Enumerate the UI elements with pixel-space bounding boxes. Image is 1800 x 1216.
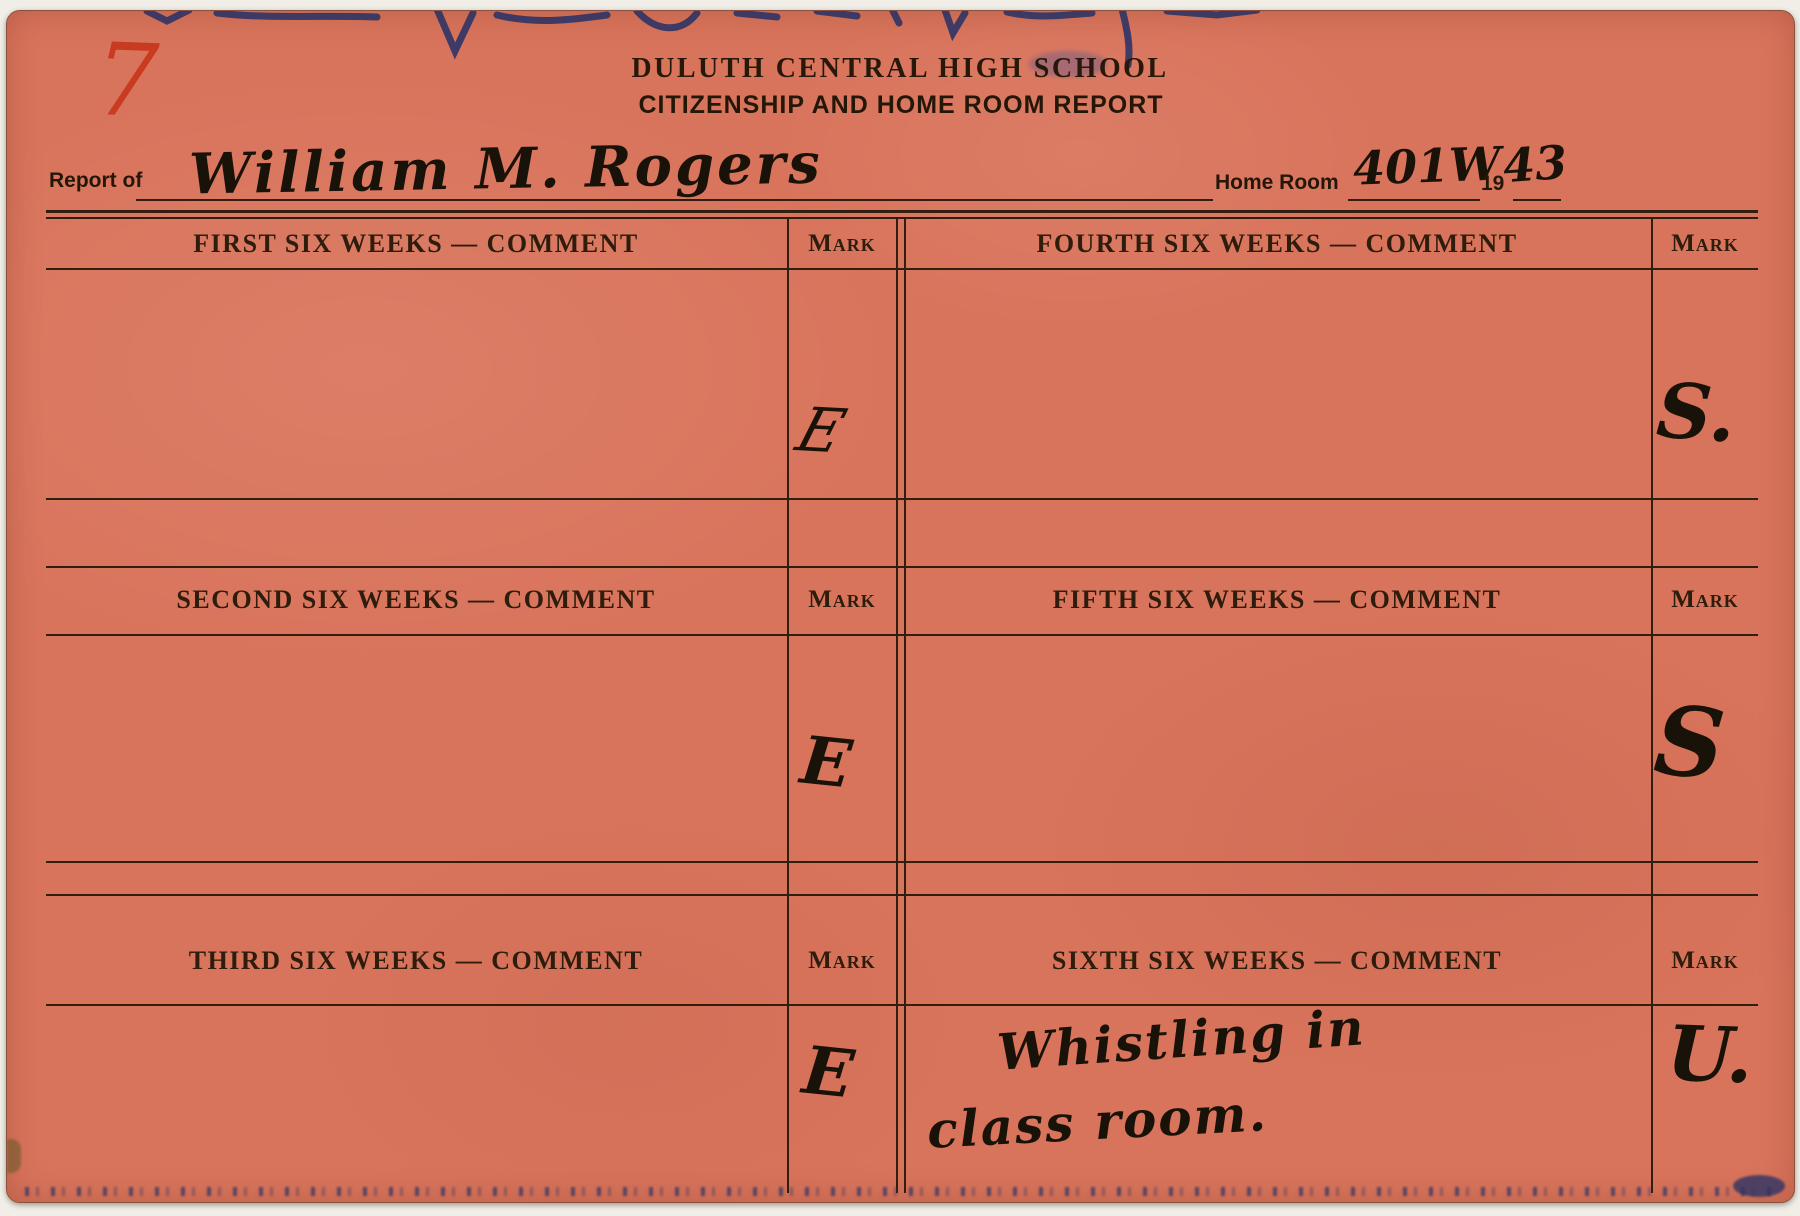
row1-bottom-rule <box>46 498 1758 500</box>
mark-first-six-weeks: E <box>790 400 851 462</box>
stain-bottom-left <box>7 1139 21 1173</box>
mark-fourth-six-weeks: S. <box>1654 372 1738 453</box>
sixth-comment-line1: Whistling in <box>996 1002 1367 1078</box>
report-of-label: Report of <box>49 169 142 193</box>
center-divider-b <box>904 217 906 1193</box>
center-divider-a <box>896 217 898 1193</box>
row2-bottom-rule <box>46 861 1758 863</box>
section-second-header: SECOND SIX WEEKS — COMMENT <box>176 585 655 615</box>
left-mark-divider <box>787 217 789 1193</box>
section-third-header: THIRD SIX WEEKS — COMMENT <box>189 946 644 976</box>
section-sixth-header: SIXTH SIX WEEKS — COMMENT <box>1052 946 1502 976</box>
student-name-handwritten: William M. Rogers <box>189 135 824 202</box>
right-mark-divider <box>1651 217 1653 1193</box>
sixth-comment-line2: class room. <box>926 1088 1269 1156</box>
blue-ink-blob-bottom-right <box>1733 1175 1785 1197</box>
year-rule <box>1513 199 1561 201</box>
mark-third-six-weeks: E <box>800 1037 857 1108</box>
year-printed-prefix: 19 <box>1481 172 1504 196</box>
mark-column-label-sixth: Mark <box>1671 947 1739 975</box>
section-fourth-header: FOURTH SIX WEEKS — COMMENT <box>1036 229 1517 259</box>
home-room-value-handwritten: 401W <box>1352 140 1501 191</box>
home-room-label: Home Room <box>1215 171 1339 195</box>
name-rule <box>136 199 1213 201</box>
mark-column-label-fourth: Mark <box>1671 230 1739 258</box>
blue-ink-smear-bottom-edge <box>25 1187 1775 1196</box>
report-card: 7 DULUTH CENTRAL HIGH SCHOOL CITIZENSHIP… <box>6 10 1795 1203</box>
section-fifth-header: FIFTH SIX WEEKS — COMMENT <box>1053 585 1502 615</box>
scanned-report-card: 7 DULUTH CENTRAL HIGH SCHOOL CITIZENSHIP… <box>0 0 1800 1216</box>
school-name: DULUTH CENTRAL HIGH SCHOOL <box>631 53 1168 85</box>
home-room-rule <box>1348 199 1480 201</box>
row2-top-rule <box>46 566 1758 568</box>
double-rule-top-a <box>46 210 1758 213</box>
mark-fifth-six-weeks: S <box>1651 692 1728 794</box>
mark-column-label-third: Mark <box>808 947 876 975</box>
section-first-header: FIRST SIX WEEKS — COMMENT <box>193 229 638 259</box>
mark-column-label-first: Mark <box>808 230 876 258</box>
report-title: CITIZENSHIP AND HOME ROOM REPORT <box>638 91 1163 120</box>
row2-header-underline <box>46 634 1758 636</box>
double-rule-top-b <box>46 217 1758 219</box>
red-period-number: 7 <box>93 30 160 132</box>
year-handwritten: 43 <box>1501 139 1568 189</box>
row3-top-rule <box>46 894 1758 896</box>
mark-second-six-weeks: E <box>798 727 855 798</box>
row3-header-underline <box>46 1004 1758 1006</box>
mark-sixth-six-weeks: U. <box>1666 1016 1754 1095</box>
mark-column-label-fifth: Mark <box>1671 586 1739 614</box>
row1-header-underline <box>46 268 1758 270</box>
mark-column-label-second: Mark <box>808 586 876 614</box>
